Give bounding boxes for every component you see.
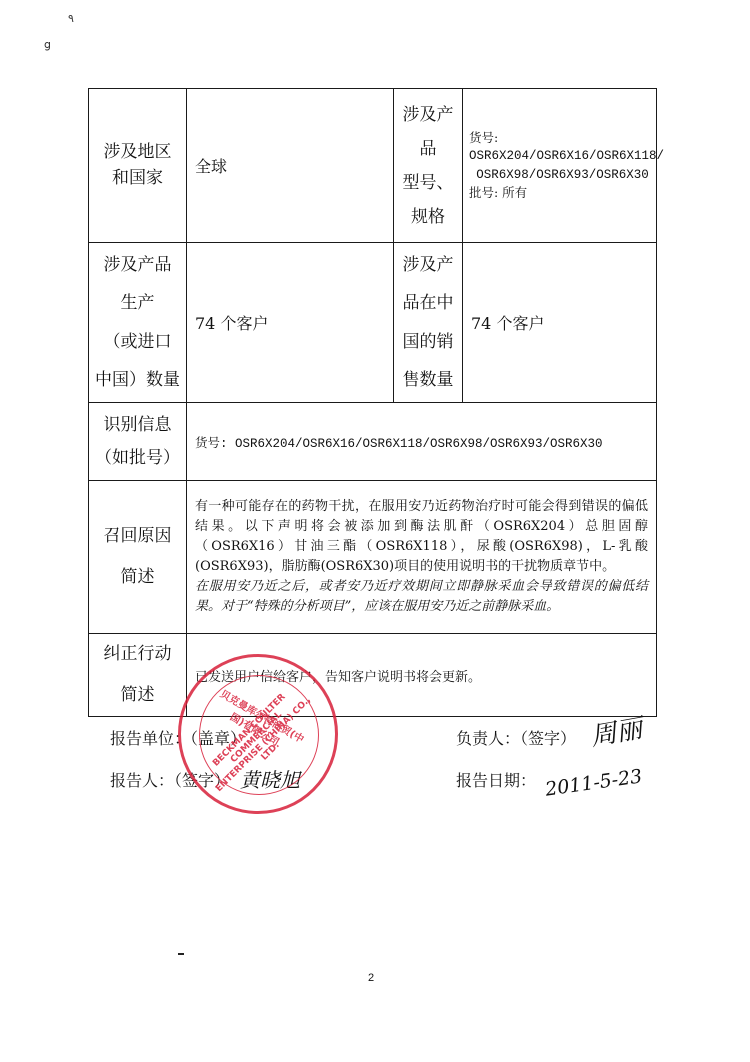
recall-reason-value: 有一种可能存在的药物干扰，在服用安乃近药物治疗时可能会得到错误的偏低结果。以下声…	[187, 481, 657, 634]
label-corrective-action: 纠正行动 简述	[89, 634, 187, 717]
table-row-region: 涉及地区 和国家 全球 涉及产 品 型号、 规格 货号: OSR6X204/OS…	[89, 89, 657, 243]
report-date-value: 2011-5-23	[544, 765, 644, 800]
model-line: 货号:	[469, 129, 656, 147]
label-line: 和国家	[89, 166, 186, 192]
label-line: 简述	[89, 557, 186, 598]
label-line: 涉及产	[394, 98, 462, 132]
model-value: 货号: OSR6X204/OSR6X16/OSR6X118/ OSR6X98/O…	[463, 89, 657, 243]
scan-marks: ٩ ց	[40, 10, 100, 60]
label-line: 售数量	[394, 361, 462, 399]
label-identification: 识别信息 （如批号）	[89, 403, 187, 481]
label-line: 识别信息	[89, 409, 186, 441]
label-line: （如批号）	[89, 442, 186, 474]
label-line: 涉及地区	[89, 140, 186, 166]
responsible-label: 负责人：（签字）	[456, 726, 576, 749]
label-model: 涉及产 品 型号、 规格	[394, 89, 463, 243]
table-row-quantity: 涉及产品 生产 （或进口 中国）数量 74 个客户 涉及产 品在中 国的销 售数…	[89, 243, 657, 403]
identification-value: 货号: OSR6X204/OSR6X16/OSR6X118/OSR6X98/OS…	[187, 403, 657, 481]
table-row-identification: 识别信息 （如批号） 货号: OSR6X204/OSR6X16/OSR6X118…	[89, 403, 657, 481]
table-row-recall-reason: 召回原因 简述 有一种可能存在的药物干扰，在服用安乃近药物治疗时可能会得到错误的…	[89, 481, 657, 634]
scan-mark: ٩	[68, 12, 74, 25]
label-line: 国的销	[394, 323, 462, 361]
page-number: 2	[368, 972, 374, 984]
china-sales-value: 74 个客户	[463, 243, 657, 403]
label-region: 涉及地区 和国家	[89, 89, 187, 243]
label-line: （或进口	[89, 323, 186, 361]
label-line: 纠正行动	[89, 634, 186, 675]
label-line: 简述	[89, 675, 186, 716]
recall-report-table: 涉及地区 和国家 全球 涉及产 品 型号、 规格 货号: OSR6X204/OS…	[88, 88, 657, 717]
report-date-label: 报告日期：	[456, 768, 536, 791]
label-line: 涉及产	[394, 246, 462, 284]
label-line: 品	[394, 132, 462, 166]
label-recall-reason: 召回原因 简述	[89, 481, 187, 634]
label-line: 中国）数量	[89, 361, 186, 399]
production-value: 74 个客户	[187, 243, 394, 403]
responsible-signature: 周丽	[587, 708, 645, 753]
model-line: 批号: 所有	[469, 184, 656, 202]
model-line: OSR6X204/OSR6X16/OSR6X118/	[469, 147, 656, 165]
label-china-sales: 涉及产 品在中 国的销 售数量	[394, 243, 463, 403]
scan-mark: ց	[44, 38, 51, 51]
recall-reason-paragraph: 有一种可能存在的药物干扰，在服用安乃近药物治疗时可能会得到错误的偏低结果。以下声…	[195, 499, 648, 574]
region-value: 全球	[187, 89, 394, 243]
scan-dash	[178, 953, 184, 955]
recall-reason-italic-note: 在服用安乃近之后，或者安乃近疗效期间立即静脉采血会导致错误的偏低结果。对于“特殊…	[195, 577, 648, 617]
label-line: 生产	[89, 284, 186, 322]
label-line: 规格	[394, 200, 462, 234]
label-line: 涉及产品	[89, 246, 186, 284]
label-line: 品在中	[394, 284, 462, 322]
model-line: OSR6X98/OSR6X93/OSR6X30	[469, 166, 656, 184]
label-line: 召回原因	[89, 516, 186, 557]
company-seal-stamp: BECKMAN COULTER COMMERCIAL ENTERPRISE (C…	[178, 654, 338, 814]
label-production: 涉及产品 生产 （或进口 中国）数量	[89, 243, 187, 403]
table-row-corrective-action: 纠正行动 简述 已发送用户信给客户，告知客户说明书将会更新。	[89, 634, 657, 717]
label-line: 型号、	[394, 166, 462, 200]
